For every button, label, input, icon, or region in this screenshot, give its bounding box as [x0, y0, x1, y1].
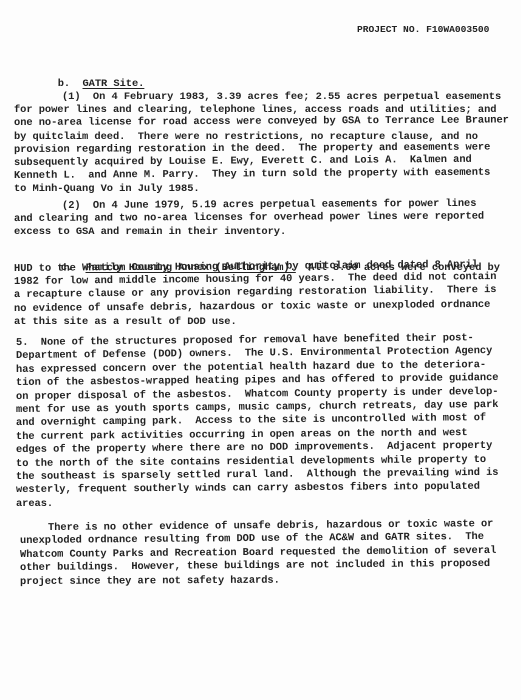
text-line: (1) On 4 February 1983, 3.39 acres fee; …	[62, 91, 501, 103]
text-line: areas.	[16, 498, 53, 510]
section-b-marker: b.	[58, 78, 70, 90]
text-line: and clearing and two no-area licenses fo…	[14, 211, 484, 225]
text-line: one no-area license for road access were…	[14, 115, 509, 130]
text-line: excess to GSA and remain in their invent…	[14, 226, 286, 238]
section-b-heading: GATR Site.	[83, 78, 145, 90]
document-page: PROJECT NO. F10WA003500 b. GATR Site. (1…	[0, 0, 521, 700]
text-line: at this site as a result of DOD use.	[14, 316, 237, 328]
text-line: no evidence of unsafe debris, hazardous …	[14, 298, 490, 314]
text-line: other buildings. However, these building…	[20, 558, 490, 574]
text-line: westerly, frequent southerly winds can c…	[16, 481, 480, 496]
project-number: PROJECT NO. F10WA003500	[357, 24, 489, 35]
text-line: project since they are not safety hazard…	[20, 574, 280, 587]
text-line: (2) On 4 June 1979, 5.19 acres perpetual…	[62, 198, 476, 212]
text-line: Kenneth L. and Anne M. Parry. They in tu…	[14, 167, 490, 182]
text-line: to Minh-Quang Vo in July 1985.	[14, 183, 200, 195]
text-line: by quitclaim deed. There were no restric…	[14, 131, 478, 143]
